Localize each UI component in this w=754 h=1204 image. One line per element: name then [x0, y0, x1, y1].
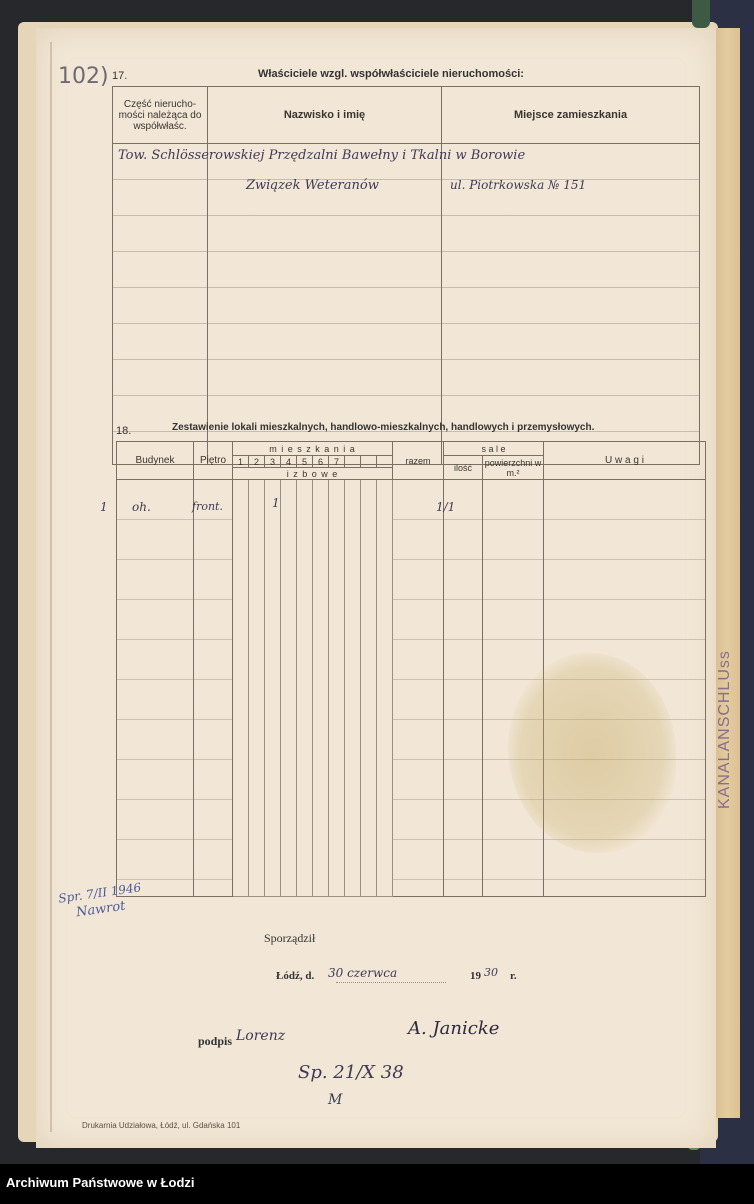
podpis-label: podpis — [198, 1034, 232, 1049]
col-ilosc: ilość — [444, 456, 483, 480]
signature-2: A. Janicke — [408, 1018, 499, 1039]
row-razem: 1/1 — [436, 500, 455, 514]
room-col-5: 5 — [297, 456, 313, 468]
owners-col-residence: Miejsce zamieszkania — [442, 87, 700, 144]
cell-room-3 — [265, 480, 281, 897]
date-day-month: 30 czerwca — [328, 966, 397, 980]
owner-entry-address: ul. Piotrkowska № 151 — [450, 178, 586, 192]
owners-share-cell — [113, 144, 208, 465]
room-col-8 — [345, 456, 361, 468]
col-powierzchni: powierzchni w m.² — [483, 456, 544, 480]
date-underline — [336, 982, 446, 983]
cell-room-2 — [249, 480, 265, 897]
cell-budynek — [117, 480, 194, 897]
year-suffix: r. — [510, 970, 517, 982]
col-uwagi: U w a g i — [544, 442, 706, 480]
page-number-pencil: 102) — [58, 64, 109, 89]
owner-entry-line1: Tow. Schlösserowskiej Przędzalni Bawełny… — [118, 148, 718, 163]
year-prefix: 19 — [470, 970, 481, 982]
owner-entry-name: Związek Weteranów — [246, 178, 379, 193]
col-pietro: Piętro — [194, 442, 233, 480]
cell-room-5 — [297, 480, 313, 897]
sporzadzil-label: Sporządził — [264, 931, 315, 946]
row-pietro: front. — [192, 500, 223, 513]
row-izbowe-3: 1 — [272, 496, 280, 510]
owners-col-share: Część nierucho-mości należąca do współwł… — [113, 87, 208, 144]
side-stamp: KANALANSCHLUss — [716, 769, 734, 809]
green-tab — [692, 0, 710, 28]
col-mieszkania: m i e s z k a n i a — [233, 442, 393, 456]
archive-name: Archiwum Państwowe w Łodzi — [6, 1175, 195, 1190]
cell-room-4 — [281, 480, 297, 897]
printer-imprint: Drukarnia Udziałowa, Łódź, ul. Gdańska 1… — [82, 1121, 240, 1130]
row-marker: 1 — [100, 500, 108, 514]
room-col-3: 3 — [265, 456, 281, 468]
cell-room-6 — [313, 480, 329, 897]
signature-1: Lorenz — [236, 1028, 285, 1044]
room-col-6: 6 — [313, 456, 329, 468]
row-budynek: oh. — [132, 500, 151, 514]
section-18-number: 18. — [116, 425, 131, 437]
room-col-7: 7 — [329, 456, 345, 468]
initials: M — [328, 1092, 342, 1108]
document-page: 102) 17. Właściciele wzgl. współwłaścici… — [36, 28, 716, 1148]
owners-table: Część nierucho-mości należąca do współwł… — [112, 86, 700, 465]
room-col-4: 4 — [281, 456, 297, 468]
place-prefix: Łódź, d. — [276, 970, 314, 982]
section-17-title: Właściciele wzgl. współwłaściciele nieru… — [258, 68, 524, 80]
col-budynek: Budynek — [117, 442, 194, 480]
cell-room-1 — [233, 480, 249, 897]
cell-ilosc — [444, 480, 483, 897]
year-handwritten: 30 — [484, 966, 498, 979]
section-18-title: Zestawienie lokali mieszkalnych, handlow… — [172, 422, 594, 433]
col-sale: s a l e — [444, 442, 544, 456]
section-17-number: 17. — [112, 70, 127, 82]
page-edge-strip — [714, 28, 740, 1118]
owners-col-name: Nazwisko i imię — [208, 87, 442, 144]
archive-footer: Archiwum Państwowe w Łodzi — [0, 1164, 754, 1204]
room-col-2: 2 — [249, 456, 265, 468]
cell-razem — [393, 480, 444, 897]
col-razem: razem — [393, 442, 444, 480]
cell-room-7 — [329, 480, 345, 897]
cell-room-8 — [345, 480, 361, 897]
cell-room-9 — [361, 480, 377, 897]
page-fold-line — [50, 42, 52, 1132]
handwritten-note: Sp. 21/X 38 — [298, 1062, 404, 1083]
room-col-10 — [377, 456, 393, 468]
cell-pietro — [194, 480, 233, 897]
col-izbowe: i z b o w e — [233, 468, 393, 480]
cell-room-10 — [377, 480, 393, 897]
room-col-9 — [361, 456, 377, 468]
room-col-1: 1 — [233, 456, 249, 468]
